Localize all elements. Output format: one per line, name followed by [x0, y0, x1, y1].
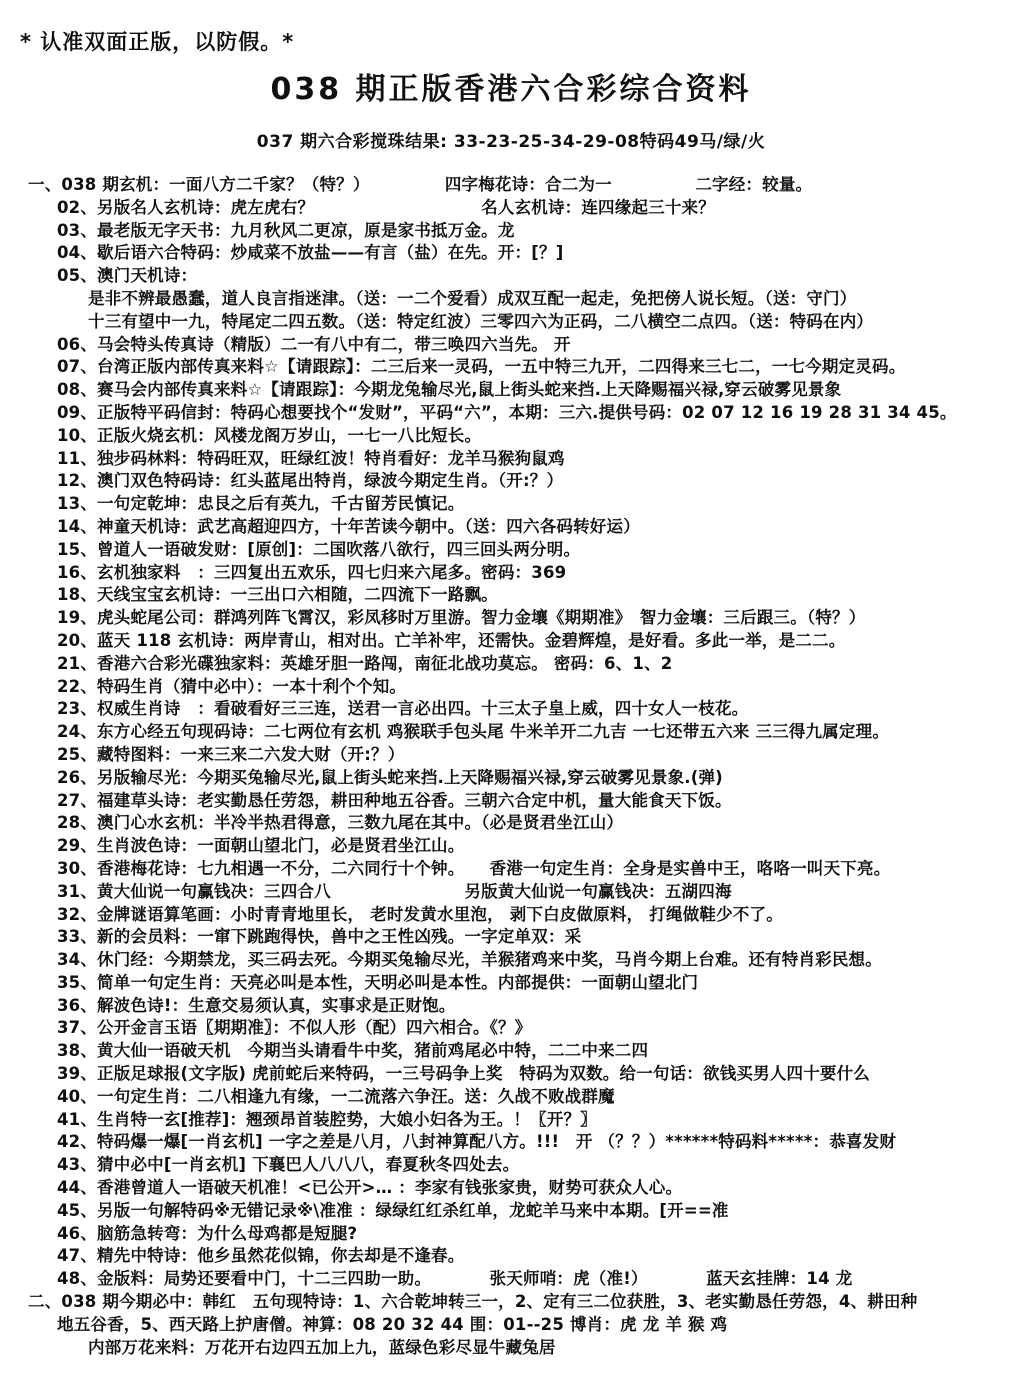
document-line: 十三有望中一九，特尾定二四五数。（送：特定红波）三零四六为正码，二八横空二点四。…: [0, 311, 1022, 334]
document-line: 28、澳门心水玄机：半冷半热君得意，三数九尾在其中。（必是贤君坐江山）: [0, 812, 1022, 835]
document-line: 45、另版一句解特码※无错记录※\准准 ：绿绿红红杀红单，龙蛇羊马来中本期。[开…: [0, 1200, 1022, 1223]
document-line: 13、一句定乾坤：忠艮之后有英九，千古留芳民慎记。: [0, 493, 1022, 516]
document-line: 11、独步码林料：特码旺双，旺绿红波！特肖看好：龙羊马猴狗鼠鸡: [0, 448, 1022, 471]
document-line: 29、生肖波色诗：一面朝山望北门，必是贤君坐江山。: [0, 835, 1022, 858]
document-line: 31、黄大仙说一句赢钱决：三四合八 另版黄大仙说一句赢钱决：五湖四海: [0, 881, 1022, 904]
document-line: 20、蓝天 118 玄机诗：两岸青山，相对出。亡羊补牢，还需快。金碧辉煌，是好看…: [0, 630, 1022, 653]
page-title: 038 期正版香港六合彩综合资料: [0, 64, 1022, 108]
document-line: 47、精先中特诗：他乡虽然花似锦，你去却是不逢春。: [0, 1245, 1022, 1268]
document-line: 42、特码爆一爆[一肖玄机] 一字之差是八月，八封神算配八方。!!! 开 （？？…: [0, 1131, 1022, 1154]
previous-draw-result: 037 期六合彩搅珠结果: 33-23-25-34-29-08特码49马/绿/火: [0, 127, 1022, 152]
document-line: 12、澳门双色特码诗：红头蓝尾出特肖，绿波今期定生肖。（开:？）: [0, 470, 1022, 493]
document-line: 27、福建草头诗：老实勤恳任劳怨，耕田种地五谷香。三朝六合定中机，量大能食天下饭…: [0, 790, 1022, 813]
document-line: 48、金版料：局势还要看中门，十二三四助一助。 张天师哨：虎（准!） 蓝天玄挂牌…: [0, 1268, 1022, 1291]
document-line: 09、正版特平码信封：特码心想要找个“发财”，平码“六”，本期：三六.提供号码：…: [0, 402, 1022, 425]
document-line: 35、简单一句定生肖：天亮必叫是本性，天明必叫是本性。内部提供：一面朝山望北门: [0, 972, 1022, 995]
document-line: 43、猜中必中[一肖玄机] 下襄巴人八八八，春夏秋冬四处去。: [0, 1154, 1022, 1177]
authenticity-note: * 认准双面正版，以防假。*: [20, 26, 294, 56]
document-line: 38、黄大仙一语破天机 今期当头请看牛中奖，猪前鸡尾必中特，二二中来二四: [0, 1040, 1022, 1063]
document-line: 44、香港曾道人一语破天机准！<已公开>… ：李家有钱张家贵，财势可获众人心。: [0, 1177, 1022, 1200]
document-line: 05、澳门天机诗：: [0, 265, 1022, 288]
document-line: 30、香港梅花诗：七九相遇一不分，二六同行十个钟。 香港一句定生肖：全身是实兽中…: [0, 858, 1022, 881]
document-line: 36、解波色诗!：生意交易须认真，实事求是正财饱。: [0, 995, 1022, 1018]
document-line: 22、特码生肖（猜中必中）：一本十利个个知。: [0, 676, 1022, 699]
document-line: 46、脑筋急转弯：为什么母鸡都是短腿?: [0, 1223, 1022, 1246]
document-line: 10、正版火烧玄机：风楼龙阁万岁山，一七一八比短长。: [0, 425, 1022, 448]
document-line: 内部万花来料：万花开右边四五加上九，蓝绿色彩尽显牛藏兔居: [0, 1337, 1022, 1360]
document-line: 03、最老版无字天书：九月秋风二更凉，原是家书抵万金。龙: [0, 220, 1022, 243]
document-line: 37、公开金言玉语〖期期准〗：不似人形（配）四六相合。《？》: [0, 1017, 1022, 1040]
document-line: 08、赛马会内部传真来料☆【请跟踪】：今期龙兔输尽光,鼠上街头蛇来挡.上天降赐福…: [0, 379, 1022, 402]
document-line: 18、天线宝宝玄机诗：一三出口六相随，二四流下一路飘。: [0, 584, 1022, 607]
document-line: 41、生肖特一玄[推荐]：翘颈昂首装腔势，大娘小妇各为王。！〖开？〗: [0, 1109, 1022, 1132]
document-line: 15、曾道人一语破发财：[原创]：二国吹落八欲行，四三回头两分明。: [0, 539, 1022, 562]
document-line: 39、正版足球报(文字版) 虎前蛇后来特码，一三号码争上奖 特码为双数。给一句话…: [0, 1063, 1022, 1086]
document-line: 二、038 期今期必中：韩红 五句现特诗：1、六合乾坤转三一，2、定有三二位获胜…: [0, 1291, 1022, 1314]
document-line: 26、另版输尽光：今期买兔输尽光,鼠上街头蛇来挡.上天降赐福兴禄,穿云破雾见景象…: [0, 767, 1022, 790]
document-line: 32、金牌谜语算笔画：小时青青地里长， 老时发黄水里泡， 剥下白皮做原料， 打绳…: [0, 904, 1022, 927]
document-line: 25、藏特图料：一来三来二六发大财（开:？）: [0, 744, 1022, 767]
document-line: 地五谷香，5、西天路上护唐僧。神算：08 20 32 44 围：01--25 博…: [0, 1314, 1022, 1337]
document-line: 33、新的会员料：一窜下跳跑得快，兽中之王性凶残。一字定单双：采: [0, 926, 1022, 949]
document-line: 34、休门经：今期禁龙，买三码去死。今期买兔输尽光，羊猴猪鸡来中奖，马肖今期上台…: [0, 949, 1022, 972]
document-line: 是非不辨最愚蠢，道人良言指迷津。（送：一二个爱看）成双互配一起走，免把傍人说长短…: [0, 288, 1022, 311]
document-line: 21、香港六合彩光碟独家料：英雄牙胆一路闯，南征北战功莫忘。 密码：6、1、2: [0, 653, 1022, 676]
document-line: 19、虎头蛇尾公司：群鸿列阵飞霄汉，彩凤移时万里游。智力金壤《期期准》 智力金壤…: [0, 607, 1022, 630]
document-line: 16、玄机独家料 ：三四复出五欢乐，四七归来六尾多。密码：369: [0, 562, 1022, 585]
document-line: 40、一句定生肖：二八相逢九有缘，一二流落六争汪。送：久战不败战群魔: [0, 1086, 1022, 1109]
document-line: 06、马会特头传真诗（精版）二一有八中有二，带三唤四六当先。 开: [0, 334, 1022, 357]
document-line: 一、038 期玄机：一面八方二千家？（特？） 四字梅花诗：合二为一 二字经：较量…: [0, 174, 1022, 197]
document-line: 04、歇后语六合特码：炒咸菜不放盐——有言（盐）在先。开：[？]: [0, 242, 1022, 265]
document-line: 24、东方心经五句现码诗：二七两位有玄机 鸡猴联手包头尾 牛米羊开二九吉 一七还…: [0, 721, 1022, 744]
document-line: 23、权威生肖诗 ：看破看好三三连，送君一言必出四。十三太子皇上威，四十女人一枝…: [0, 698, 1022, 721]
document-lines: 一、038 期玄机：一面八方二千家？（特？） 四字梅花诗：合二为一 二字经：较量…: [0, 174, 1022, 1359]
document-line: 02、另版名人玄机诗：虎左虎右？ 名人玄机诗：连四缘起三十来？: [0, 197, 1022, 220]
document-line: 14、神童天机诗：武艺高超迎四方，十年苦读今朝中。（送：四六各码转好运）: [0, 516, 1022, 539]
document-line: 07、台湾正版内部传真来料☆【请跟踪】：二三后来一灵码，一五中特三九开，二四得来…: [0, 356, 1022, 379]
